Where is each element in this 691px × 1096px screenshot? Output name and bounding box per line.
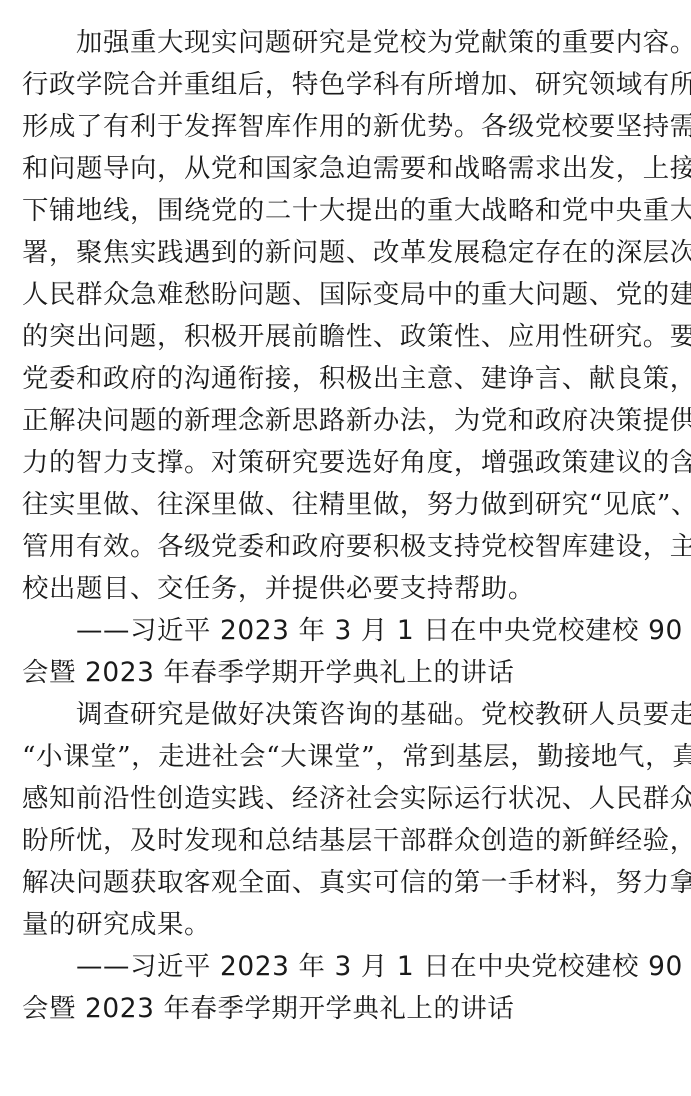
document-page: 加强重大现实问题研究是党校为党献策的重要内容。党校和 行政学院合并重组后，特色学…: [22, 22, 672, 1030]
attribution-quote-source: ——习近平 2023 年 3 月 1 日在中央党校建校 90 周年庆祝大 会暨 …: [22, 946, 672, 1030]
text-line: 下铺地线，围绕党的二十大提出的重大战略和党中央重大决策部: [22, 190, 672, 232]
attribution-quote-source: ——习近平 2023 年 3 月 1 日在中央党校建校 90 周年庆祝大 会暨 …: [22, 610, 672, 694]
text-line: 和问题导向，从党和国家急迫需要和战略需求出发，上接天线、: [22, 148, 672, 190]
text-line: 力的智力支撑。对策研究要选好角度，增强政策建议的含金量，: [22, 442, 672, 484]
text-line: 校出题目、交任务，并提供必要支持帮助。: [22, 568, 672, 610]
text-line: 人民群众急难愁盼问题、国际变局中的重大问题、党的建设面临: [22, 274, 672, 316]
text-line: 量的研究成果。: [22, 904, 672, 946]
attribution-line: 会暨 2023 年春季学期开学典礼上的讲话: [22, 988, 672, 1030]
text-line: 的突出问题，积极开展前瞻性、政策性、应用性研究。要加强同: [22, 316, 672, 358]
text-line: 往实里做、往深里做、往精里做，努力做到研究“见底”、成果: [22, 484, 672, 526]
text-line: 署，聚焦实践遇到的新问题、改革发展稳定存在的深层次问题、: [22, 232, 672, 274]
attribution-line: ——习近平 2023 年 3 月 1 日在中央党校建校 90 周年庆祝大: [22, 610, 672, 652]
text-line: 加强重大现实问题研究是党校为党献策的重要内容。党校和: [22, 22, 672, 64]
paragraph-investigation-research: 调查研究是做好决策咨询的基础。党校教研人员要走出教室 “小课堂”，走进社会“大课…: [22, 694, 672, 946]
text-line: 形成了有利于发挥智库作用的新优势。各级党校要坚持需求导向: [22, 106, 672, 148]
attribution-line: 会暨 2023 年春季学期开学典礼上的讲话: [22, 652, 672, 694]
text-line: 管用有效。各级党委和政府要积极支持党校智库建设，主动给党: [22, 526, 672, 568]
text-line: 感知前沿性创造实践、经济社会实际运行状况、人民群众所思所: [22, 778, 672, 820]
text-line: 党委和政府的沟通衔接，积极出主意、建诤言、献良策，提出真: [22, 358, 672, 400]
paragraph-decision-research: 加强重大现实问题研究是党校为党献策的重要内容。党校和 行政学院合并重组后，特色学…: [22, 22, 672, 610]
text-line: 行政学院合并重组后，特色学科有所增加、研究领域有所扩大，: [22, 64, 672, 106]
attribution-line: ——习近平 2023 年 3 月 1 日在中央党校建校 90 周年庆祝大: [22, 946, 672, 988]
text-line: 解决问题获取客观全面、真实可信的第一手材料，努力拿出高质: [22, 862, 672, 904]
text-line: “小课堂”，走进社会“大课堂”，常到基层，勤接地气，真切: [22, 736, 672, 778]
text-line: 调查研究是做好决策咨询的基础。党校教研人员要走出教室: [22, 694, 672, 736]
text-line: 盼所忧，及时发现和总结基层干部群众创造的新鲜经验，为分析: [22, 820, 672, 862]
text-line: 正解决问题的新理念新思路新办法，为党和政府决策提供及时有: [22, 400, 672, 442]
